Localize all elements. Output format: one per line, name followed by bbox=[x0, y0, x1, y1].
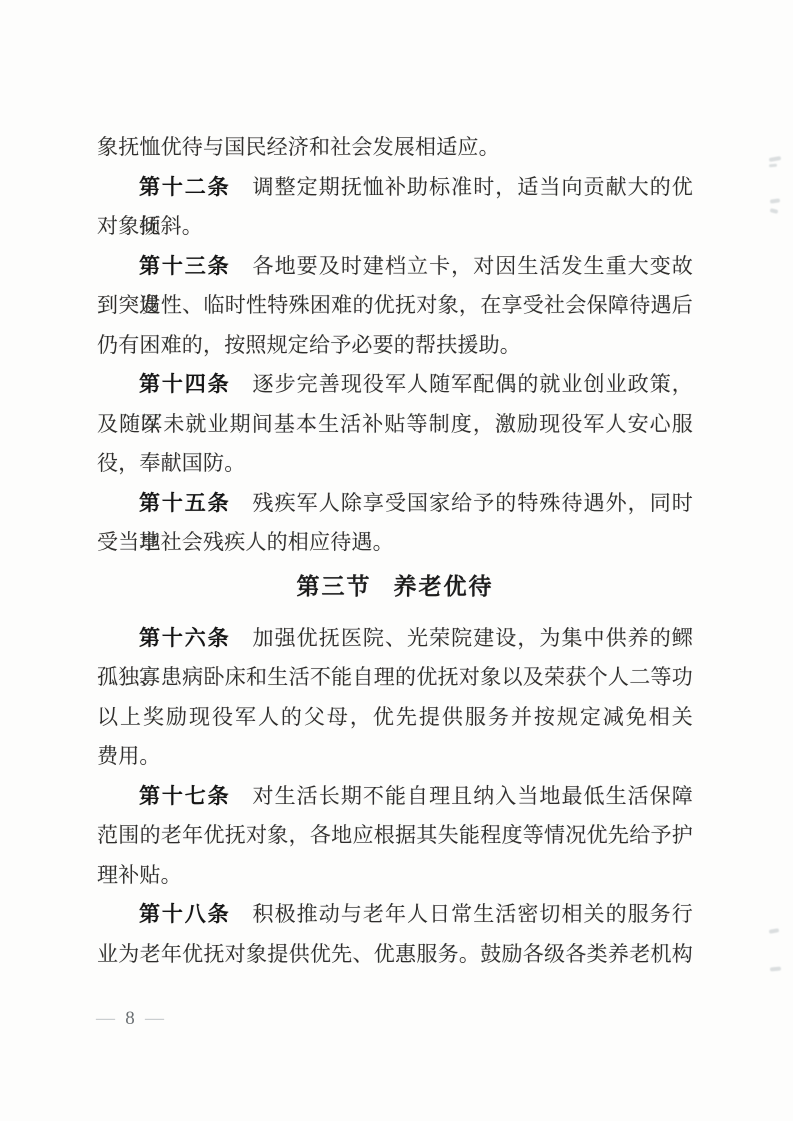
article-number: 第十三条 bbox=[139, 255, 230, 278]
article-number: 第十六条 bbox=[139, 627, 230, 650]
section-number: 第三节 bbox=[297, 574, 372, 599]
scan-artifact bbox=[769, 164, 777, 168]
text-line: 第十五条 残疾军人除享受国家给予的特殊待遇外，同时享 bbox=[97, 484, 693, 524]
text-line: 役，奉献国防。 bbox=[97, 444, 693, 484]
text-line: 对象倾斜。 bbox=[97, 207, 693, 247]
text-line: 第十八条 积极推动与老年人日常生活密切相关的服务行 bbox=[97, 895, 693, 935]
page-number-value: 8 bbox=[125, 1008, 135, 1030]
text-line: 第十四条 逐步完善现役军人随军配偶的就业创业政策，以 bbox=[97, 365, 693, 405]
article-number: 第十二条 bbox=[139, 176, 230, 199]
article-number: 第十七条 bbox=[139, 785, 230, 808]
scan-artifact bbox=[770, 208, 779, 214]
text-line: 理补贴。 bbox=[97, 856, 693, 896]
text-line: 第十六条 加强优抚医院、光荣院建设，为集中供养的鳏寡 bbox=[97, 619, 693, 659]
article-number: 第十五条 bbox=[139, 492, 230, 515]
text-block: 象抚恤优待与国民经济和社会发展相适应。第十二条 调整定期抚恤补助标准时，适当向贡… bbox=[97, 128, 693, 974]
section-title: 养老优待 bbox=[394, 574, 494, 599]
text-line: 业为老年优抚对象提供优先、优惠服务。鼓励各级各类养老机构 bbox=[97, 935, 693, 975]
text-line: 以上奖励现役军人的父母，优先提供服务并按规定减免相关 bbox=[97, 698, 693, 738]
article-number: 第十四条 bbox=[139, 373, 230, 396]
document-page: 象抚恤优待与国民经济和社会发展相适应。第十二条 调整定期抚恤补助标准时，适当向贡… bbox=[0, 0, 793, 1121]
text-line: 费用。 bbox=[97, 737, 693, 777]
scan-artifact bbox=[769, 928, 780, 934]
page-number: — 8 — bbox=[96, 1008, 164, 1030]
scan-artifact bbox=[770, 198, 780, 203]
text-line: 第十二条 调整定期抚恤补助标准时，适当向贡献大的优抚 bbox=[97, 168, 693, 208]
text-line: 第十三条 各地要及时建档立卡，对因生活发生重大变故遇 bbox=[97, 247, 693, 287]
scan-artifact bbox=[770, 967, 781, 972]
text-line: 象抚恤优待与国民经济和社会发展相适应。 bbox=[97, 128, 693, 168]
page-number-dash-left: — bbox=[96, 1010, 115, 1028]
text-line: 受当地社会残疾人的相应待遇。 bbox=[97, 523, 693, 563]
page-number-dash-right: — bbox=[145, 1010, 164, 1028]
text-line: 第十七条 对生活长期不能自理且纳入当地最低生活保障 bbox=[97, 777, 693, 817]
text-line: 到突发性、临时性特殊困难的优抚对象，在享受社会保障待遇后 bbox=[97, 286, 693, 326]
scan-artifact bbox=[769, 156, 782, 162]
text-line: 仍有困难的，按照规定给予必要的帮扶援助。 bbox=[97, 326, 693, 366]
text-line: 范围的老年优抚对象，各地应根据其失能程度等情况优先给予护 bbox=[97, 816, 693, 856]
text-line: 孤独、患病卧床和生活不能自理的优抚对象以及荣获个人二等功 bbox=[97, 658, 693, 698]
article-number: 第十八条 bbox=[139, 903, 230, 926]
section-heading: 第三节养老优待 bbox=[97, 566, 693, 608]
text-line: 及随军未就业期间基本生活补贴等制度，激励现役军人安心服 bbox=[97, 405, 693, 445]
